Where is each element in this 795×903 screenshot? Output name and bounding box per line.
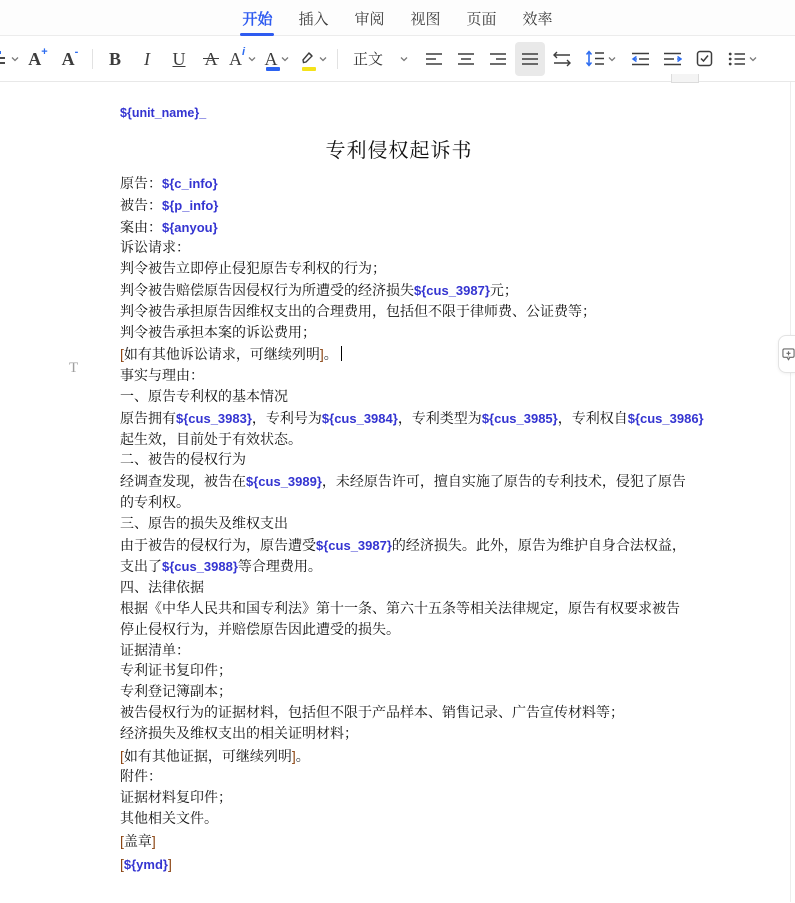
doc-text-run: 根据《中华人民共和国专利法》第十一条、第六十五条等相关法律规定，原告有权要求被告 [120,602,680,617]
distribute-icon [552,51,572,67]
doc-text-run: 起生效，目前处于有效状态。 [120,433,302,448]
style-value: 正文 [353,48,383,69]
doc-text-run: 证据清单： [120,644,190,659]
doc-text-run: 三、原告的损失及维权支出 [120,517,288,532]
doc-text-run: 判令被告承担原告因维权支出的合理费用，包括但不限于律师费、公证费等； [120,305,596,320]
doc-text-run: 二、被告的侵权行为 [120,453,246,468]
chevron-down-icon [318,54,328,64]
chevron-down-icon [280,54,290,64]
doc-text-run: 被告侵权行为的证据材料，包括但不限于产品样本、销售记录、广告宣传材料等； [120,706,624,721]
doc-text-run: ，未经原告许可，擅自实施了原告的专利技术，侵犯了原告 [322,475,686,490]
font-size-icon [0,50,8,68]
align-right-icon [489,51,507,67]
strikethrough-button[interactable]: A [196,42,226,76]
comment-plus-icon [782,348,795,361]
doc-text-run: ，专利权自 [558,412,628,427]
doc-line[interactable]: 判令被告承担本案的诉讼费用； [120,324,678,345]
doc-line[interactable]: 判令被告立即停止侵犯原告专利权的行为； [120,260,678,281]
text-effects-button[interactable]: A i [228,42,258,76]
page-edge-divider [790,82,791,902]
align-center-button[interactable] [451,42,481,76]
chevron-down-icon [10,54,20,64]
doc-line[interactable]: 原告：${c_info} [120,174,678,196]
underline-icon: U [173,50,186,68]
doc-line[interactable]: 根据《中华人民共和国专利法》第十一条、第六十五条等相关法律规定，原告有权要求被告 [120,600,678,621]
shrink-font-button[interactable]: A - [55,42,85,76]
tab-efficiency[interactable]: 效率 [521,2,555,33]
chevron-down-icon [247,54,257,64]
text-effects-icon: A [229,50,242,68]
highlight-color-button[interactable] [296,42,330,76]
doc-line[interactable]: 二、被告的侵权行为 [120,451,678,472]
ribbon-tab-bar: 开始 插入 审阅 视图 页面 效率 [0,0,795,36]
document-body[interactable]: 原告：${c_info}被告：${p_info}案由：${anyou}诉讼请求：… [120,174,678,876]
font-color-icon: A [265,50,278,68]
document-title[interactable]: 专利侵权起诉书 [120,134,678,163]
doc-line[interactable]: [${ymd}] [120,854,678,877]
doc-text-run: 停止侵权行为，并赔偿原告因此遭受的损失。 [120,623,400,638]
doc-text-run: 判令被告赔偿原告因侵权行为所遭受的经济损失 [120,284,414,299]
doc-line[interactable]: 支出了${cus_3988}等合理费用。 [120,557,678,579]
line-spacing-button[interactable] [579,42,623,76]
doc-text-run: 如有其他证据，可继续列明 [124,750,292,765]
doc-text-run: 元； [490,284,518,299]
doc-line[interactable]: 其他相关文件。 [120,810,678,831]
doc-line[interactable]: 专利证书复印件； [120,662,678,683]
doc-line[interactable]: 判令被告赔偿原告因侵权行为所遭受的经济损失${cus_3987}元； [120,281,678,303]
tab-view[interactable]: 视图 [409,2,443,33]
template-placeholder: ${cus_3986} [628,411,704,426]
document-page[interactable]: T ${unit_name}_ 专利侵权起诉书 原告：${c_info}被告：$… [120,106,678,876]
align-left-icon [425,51,443,67]
doc-text-run: 等合理费用。 [238,560,322,575]
doc-text-run: 。 [296,750,310,765]
bold-icon: B [109,50,121,68]
doc-line[interactable]: 经济损失及维权支出的相关证明材料； [120,725,678,746]
bullet-list-button[interactable] [721,42,765,76]
doc-text-run: 判令被告立即停止侵犯原告专利权的行为； [120,262,386,277]
doc-text-run: 判令被告承担本案的诉讼费用； [120,326,316,341]
bold-button[interactable]: B [100,42,130,76]
template-placeholder: ${anyou} [162,220,218,235]
doc-text-run: 盖章 [124,835,152,850]
template-placeholder: ${cus_3988} [162,559,238,574]
doc-text-run: 事实与理由： [120,369,204,384]
doc-text-run: 。 [324,348,338,363]
doc-text-run: ] [152,833,156,849]
doc-line[interactable]: 原告拥有${cus_3983}，专利号为${cus_3984}，专利类型为${c… [120,409,678,431]
doc-text-run: 专利证书复印件； [120,664,232,679]
doc-line[interactable]: [盖章] [120,831,678,854]
doc-text-run: 四、法律依据 [120,581,204,596]
template-placeholder: ${c_info} [162,176,218,191]
template-placeholder: ${cus_3987} [316,538,392,553]
doc-text-run: 附件： [120,770,162,785]
template-placeholder: ${cus_3989} [246,474,322,489]
doc-text-run: 案由： [120,221,162,236]
tab-review[interactable]: 审阅 [352,2,386,33]
doc-line[interactable]: 事实与理由： [120,367,678,388]
doc-line[interactable]: 由于被告的侵权行为，原告遭受${cus_3987}的经济损失。此外，原告为维护自… [120,536,678,558]
document-canvas[interactable]: T ${unit_name}_ 专利侵权起诉书 原告：${c_info}被告：$… [0,82,795,902]
checkbox-icon [696,50,713,67]
toolbar-separator [92,49,93,69]
doc-text-run: 证据材料复印件； [120,791,232,806]
bullet-list-icon [728,51,746,67]
grow-font-icon: A [28,50,41,68]
tab-insert[interactable]: 插入 [296,2,330,33]
align-right-button[interactable] [483,42,513,76]
doc-text-run: 的经济损失。此外，原告为维护自身合法权益， [392,539,686,554]
chevron-down-icon [607,54,617,64]
doc-line[interactable]: 专利登记簿副本； [120,683,678,704]
doc-line[interactable]: 案由：${anyou} [120,218,678,240]
unit-name-placeholder[interactable]: ${unit_name}_ [120,106,678,124]
decrease-indent-icon [631,51,650,67]
italic-button[interactable]: I [132,42,162,76]
increase-indent-icon [663,51,682,67]
template-placeholder: ${p_info} [162,198,218,213]
doc-text-run: 原告拥有 [120,412,176,427]
doc-text-run: ] [168,856,172,872]
highlighter-icon [299,50,316,67]
scrollbar-top-handle[interactable] [671,74,699,83]
chevron-down-icon [399,54,409,64]
doc-line[interactable]: 一、原告专利权的基本情况 [120,388,678,409]
underline-button[interactable]: U [164,42,194,76]
grow-font-button[interactable]: A + [23,42,53,76]
chevron-down-icon [748,54,758,64]
template-placeholder: ${cus_3984} [322,411,398,426]
doc-text-run: 诉讼请求： [120,241,190,256]
doc-line[interactable]: [如有其他证据，可继续列明]。 [120,746,678,769]
increase-indent-button[interactable] [657,42,687,76]
shrink-font-icon: A [62,50,75,68]
doc-line[interactable]: 被告：${p_info} [120,196,678,218]
doc-text-run: 其他相关文件。 [120,812,218,827]
doc-text-run: 如有其他诉讼请求，可继续列明 [124,348,320,363]
font-color-button[interactable]: A [260,42,294,76]
doc-text-run: ，专利类型为 [398,412,482,427]
doc-line[interactable]: 被告侵权行为的证据材料，包括但不限于产品样本、销售记录、广告宣传材料等； [120,704,678,725]
line-spacing-icon [585,50,605,67]
doc-line[interactable]: 诉讼请求： [120,239,678,260]
doc-line[interactable]: 的专利权。 [120,494,678,515]
text-caret [341,346,342,361]
template-placeholder: ${cus_3983} [176,411,252,426]
font-size-dropdown[interactable] [0,42,21,76]
checkbox-list-button[interactable] [689,42,719,76]
doc-text-run: 经调查发现，被告在 [120,475,246,490]
doc-line[interactable]: 判令被告承担原告因维权支出的合理费用，包括但不限于律师费、公证费等； [120,303,678,324]
doc-line[interactable]: 四、法律依据 [120,579,678,600]
paragraph-style-dropdown[interactable]: 正文 [345,42,417,76]
italic-icon: I [144,50,150,68]
doc-line[interactable]: 三、原告的损失及维权支出 [120,515,678,536]
add-comment-button[interactable] [778,335,795,373]
doc-text-run: 专利登记簿副本； [120,685,232,700]
doc-line[interactable]: 起生效，目前处于有效状态。 [120,431,678,452]
doc-line[interactable]: 证据材料复印件； [120,789,678,810]
doc-text-run: 一、原告专利权的基本情况 [120,390,288,405]
toolbar-separator [337,49,338,69]
doc-text-run: 的专利权。 [120,496,190,511]
decrease-indent-button[interactable] [625,42,655,76]
justify-button[interactable] [515,42,545,76]
doc-line[interactable]: 附件： [120,768,678,789]
doc-text-run: 经济损失及维权支出的相关证明材料； [120,727,358,742]
margin-text-cursor-indicator: T [69,360,78,377]
template-placeholder: ${cus_3987} [414,283,490,298]
align-center-icon [457,51,475,67]
template-placeholder: ${cus_3985} [482,411,558,426]
tab-home[interactable]: 开始 [240,2,274,33]
distribute-text-button[interactable] [547,42,577,76]
justify-icon [521,51,539,67]
doc-text-run: 原告： [120,177,162,192]
doc-line[interactable]: 经调查发现，被告在${cus_3989}，未经原告许可，擅自实施了原告的专利技术… [120,472,678,494]
doc-line[interactable]: [如有其他诉讼请求，可继续列明]。 [120,344,678,367]
doc-text-run: 被告： [120,199,162,214]
tab-page[interactable]: 页面 [465,2,499,33]
template-placeholder: ${ymd} [124,857,168,872]
doc-text-run: ，专利号为 [252,412,322,427]
doc-line[interactable]: 证据清单： [120,642,678,663]
doc-text-run: 支出了 [120,560,162,575]
doc-line[interactable]: 停止侵权行为，并赔偿原告因此遭受的损失。 [120,621,678,642]
align-left-button[interactable] [419,42,449,76]
doc-text-run: 由于被告的侵权行为，原告遭受 [120,539,316,554]
